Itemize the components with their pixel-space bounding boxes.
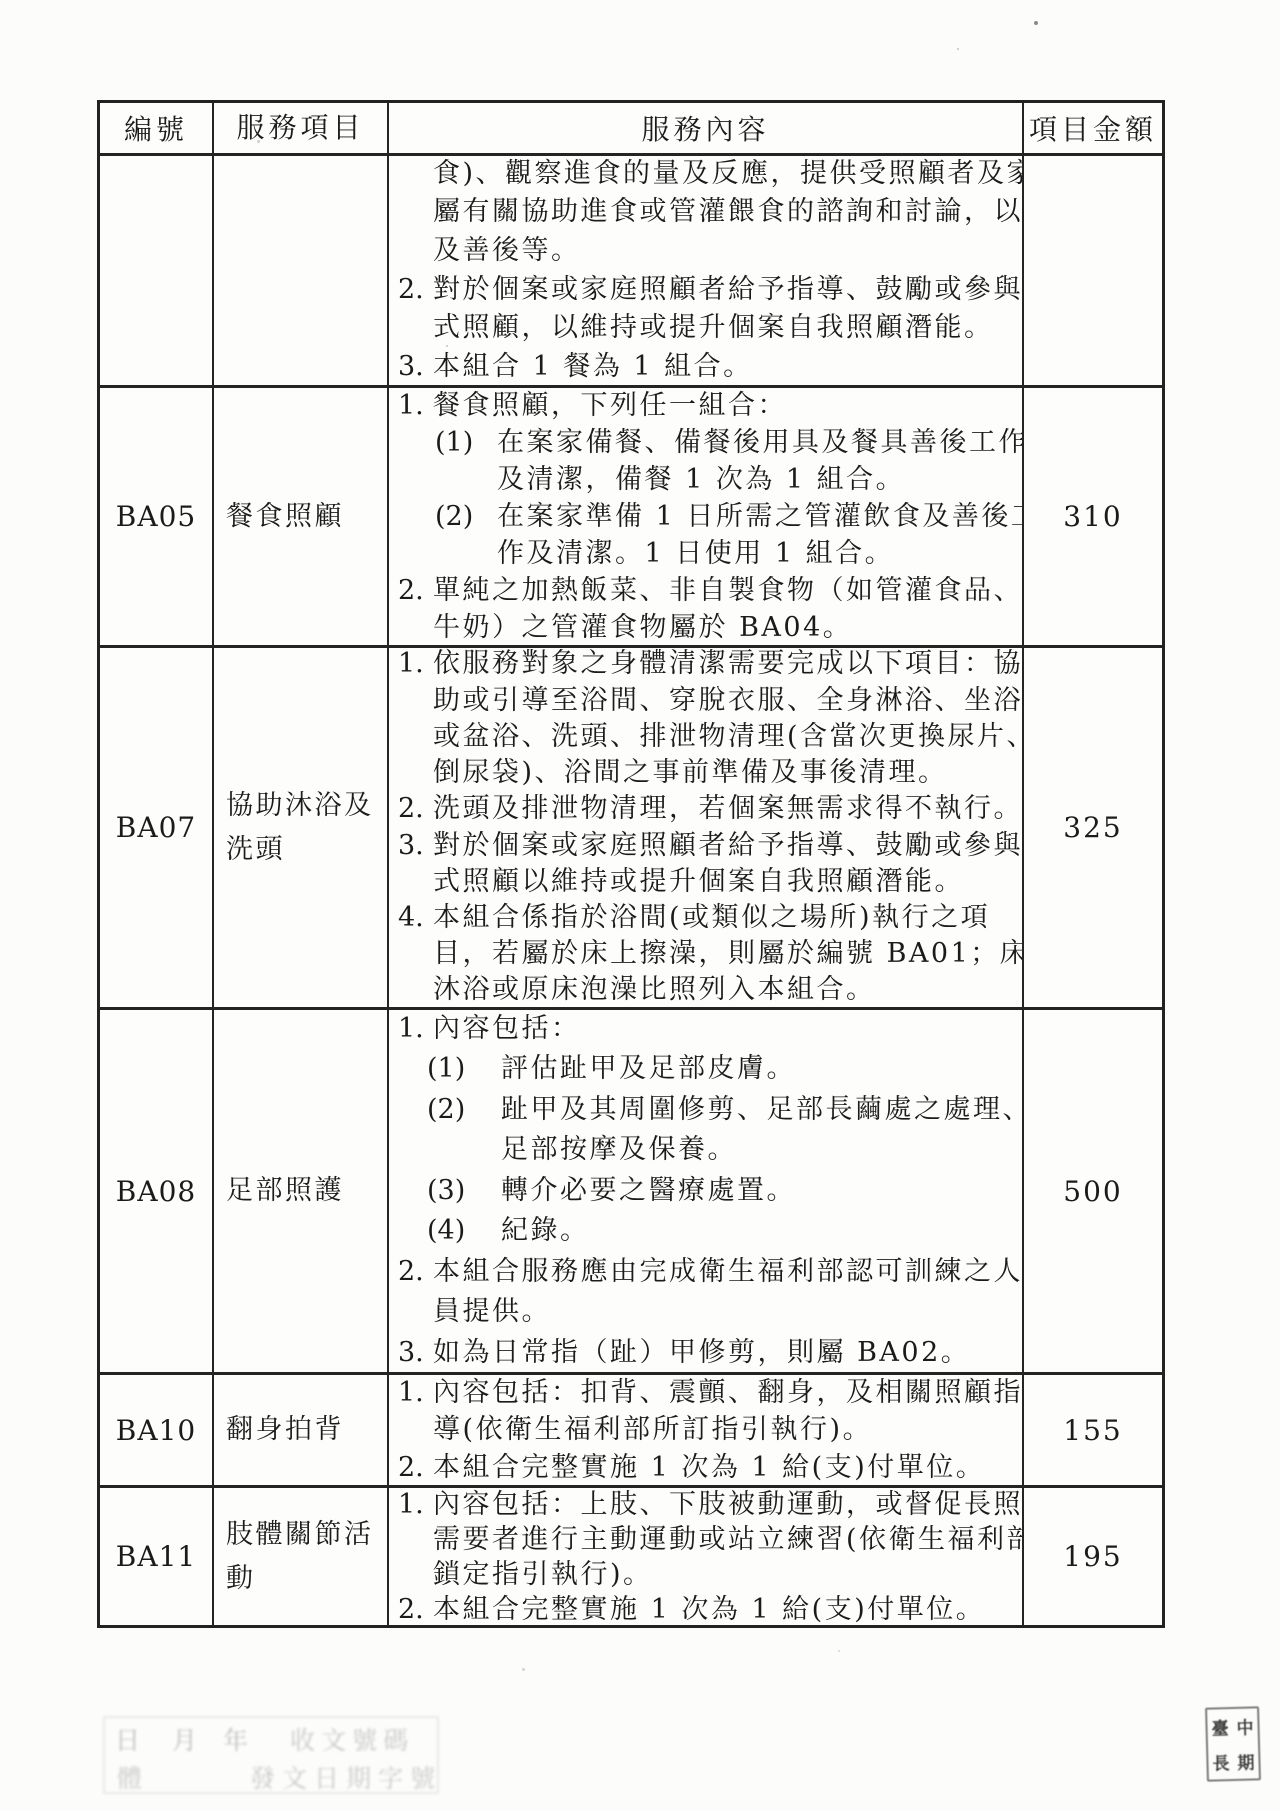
scanned-document-page: 編號 服務項目 服務內容 項目金額 食)、觀察進食的量及反應，提供受照顧者及家屬… [0, 0, 1280, 1810]
item-amount: 155 [1022, 1375, 1162, 1485]
line-text: 式照顧以維持或提升個案自我照顧潛能。 [433, 864, 964, 900]
content-line: (1)評估趾甲及足部皮膚。 [389, 1049, 1022, 1090]
line-marker: 2. [398, 1252, 433, 1293]
content-line: 1.內容包括：上肢、下肢被動運動，或督促長照 [389, 1488, 1022, 1522]
line-marker: 1. [398, 1488, 433, 1522]
line-marker: (2) [435, 498, 497, 535]
line-marker: 3. [398, 1333, 433, 1372]
item-amount: 310 [1022, 388, 1162, 645]
content-line: 屬有關協助進食或管灌餵食的諮詢和討論，以 [389, 193, 1022, 232]
content-line: (4)紀錄。 [389, 1211, 1022, 1252]
side-stamp: 臺 中 長 期 [1205, 1706, 1261, 1781]
item-amount: 500 [1022, 1010, 1162, 1372]
service-item: 協助沐浴及洗頭 [212, 648, 387, 1007]
line-text: 需要者進行主動運動或站立練習(依衛生福利部 [433, 1522, 1022, 1557]
line-text: 評估趾甲及足部皮膚。 [501, 1049, 796, 1090]
service-item-line: 洗頭 [226, 828, 387, 872]
service-item: 肢體關節活動 [212, 1488, 387, 1625]
line-text: 趾甲及其周圍修剪、足部長繭處之處理、 [501, 1090, 1022, 1131]
receipt-stamp-row1: 日 月 年 收 文 號 碼 [105, 1718, 437, 1757]
line-marker: 2. [398, 1449, 433, 1485]
line-text: 轉介必要之醫療處置。 [501, 1171, 796, 1212]
line-marker: 4. [398, 900, 433, 936]
service-code: BA08 [100, 1010, 212, 1372]
content-line: (1)在案家備餐、備餐後用具及餐具善後工作 [389, 424, 1022, 461]
content-line: (3)轉介必要之醫療處置。 [389, 1171, 1022, 1212]
line-text: 作及清潔。1 日使用 1 組合。 [497, 535, 894, 572]
line-marker: 1. [398, 1375, 433, 1411]
item-amount: 325 [1022, 648, 1162, 1007]
content-line: 式照顧，以維持或提升個案自我照顧潛能。 [389, 309, 1022, 348]
content-line: 鎖定指引執行)。 [389, 1557, 1022, 1592]
line-text: 對於個案或家庭照顧者給予指導、鼓勵或參與 [433, 271, 1022, 310]
content-line: 沐浴或原床泡澡比照列入本組合。 [389, 972, 1022, 1007]
line-marker: (1) [427, 1049, 501, 1090]
line-marker: 1. [398, 1010, 433, 1049]
content-line: 需要者進行主動運動或站立練習(依衛生福利部 [389, 1522, 1022, 1557]
header-item: 服務項目 [212, 103, 387, 153]
content-line: 3.如為日常指（趾）甲修剪，則屬 BA02。 [389, 1333, 1022, 1372]
line-text: 員提供。 [433, 1292, 551, 1333]
scan-speck [522, 1668, 525, 1671]
content-line: 倒尿袋)、浴間之事前準備及事後清理。 [389, 755, 1022, 791]
content-line: 2.本組合完整實施 1 次為 1 給(支)付單位。 [389, 1592, 1022, 1626]
line-text: 餐食照顧，下列任一組合： [433, 388, 787, 424]
line-text: 食)、觀察進食的量及反應，提供受照顧者及家 [433, 156, 1022, 193]
content-line: 2.本組合完整實施 1 次為 1 給(支)付單位。 [389, 1449, 1022, 1485]
service-content: 1.內容包括：(1)評估趾甲及足部皮膚。(2)趾甲及其周圍修剪、足部長繭處之處理… [387, 1010, 1022, 1372]
table-body: 食)、觀察進食的量及反應，提供受照顧者及家屬有關協助進食或管灌餵食的諮詢和討論，… [100, 153, 1162, 1625]
table-row: BA05餐食照顧1.餐食照顧，下列任一組合：(1)在案家備餐、備餐後用具及餐具善… [100, 385, 1162, 645]
item-amount: 195 [1022, 1488, 1162, 1625]
line-text: 在案家準備 1 日所需之管灌飲食及善後工 [497, 498, 1022, 535]
line-text: 內容包括：上肢、下肢被動運動，或督促長照 [433, 1488, 1022, 1522]
service-code: BA05 [100, 388, 212, 645]
scan-speck [1034, 21, 1038, 25]
line-text: 及清潔，備餐 1 次為 1 組合。 [497, 461, 905, 498]
content-line: 4.本組合係指於浴間(或類似之場所)執行之項 [389, 900, 1022, 936]
header-content: 服務內容 [387, 103, 1022, 153]
header-amount: 項目金額 [1022, 103, 1162, 153]
service-code: BA07 [100, 648, 212, 1007]
service-item-line: 動 [226, 1557, 387, 1601]
line-text: 對於個案或家庭照顧者給予指導、鼓勵或參與 [433, 828, 1022, 864]
line-marker: 2. [398, 271, 433, 310]
service-item: 足部照護 [212, 1010, 387, 1372]
content-line: 食)、觀察進食的量及反應，提供受照顧者及家 [389, 156, 1022, 193]
scan-speck [257, 140, 260, 143]
line-marker: (1) [435, 424, 497, 461]
line-text: 式照顧，以維持或提升個案自我照顧潛能。 [433, 309, 994, 348]
service-item [212, 156, 387, 385]
line-text: 內容包括：扣背、震顫、翻身，及相關照顧指 [433, 1375, 1022, 1411]
line-text: 依服務對象之身體清潔需要完成以下項目：協 [433, 648, 1022, 683]
table-row: BA07協助沐浴及洗頭1.依服務對象之身體清潔需要完成以下項目：協助或引導至浴間… [100, 645, 1162, 1007]
content-line: 式照顧以維持或提升個案自我照顧潛能。 [389, 864, 1022, 900]
service-code [100, 156, 212, 385]
service-items-table: 編號 服務項目 服務內容 項目金額 食)、觀察進食的量及反應，提供受照顧者及家屬… [97, 100, 1165, 1628]
header-code: 編號 [100, 103, 212, 153]
line-marker: 2. [398, 791, 433, 827]
line-text: 屬有關協助進食或管灌餵食的諮詢和討論，以 [433, 193, 1022, 232]
scan-speck [446, 345, 448, 347]
table-row: 食)、觀察進食的量及反應，提供受照顧者及家屬有關協助進食或管灌餵食的諮詢和討論，… [100, 153, 1162, 385]
line-marker: 1. [398, 648, 433, 683]
content-line: 目，若屬於床上擦澡，則屬於編號 BA01；床上 [389, 936, 1022, 972]
line-text: 單純之加熱飯菜、非自製食物（如管灌食品、 [433, 572, 1022, 609]
service-item-line: 足部照護 [226, 1169, 387, 1213]
line-marker: 2. [398, 572, 433, 609]
line-marker: (4) [427, 1211, 501, 1252]
service-item-line: 翻身拍背 [226, 1408, 387, 1452]
service-item-line: 餐食照顧 [226, 495, 387, 539]
item-amount [1022, 156, 1162, 385]
service-content: 1.依服務對象之身體清潔需要完成以下項目：協助或引導至浴間、穿脫衣服、全身淋浴、… [387, 648, 1022, 1007]
content-line: 助或引導至浴間、穿脫衣服、全身淋浴、坐浴 [389, 683, 1022, 719]
line-text: 足部按摩及保養。 [501, 1130, 737, 1171]
content-line: 及清潔，備餐 1 次為 1 組合。 [389, 461, 1022, 498]
line-text: 及善後等。 [433, 232, 581, 271]
table-row: BA08足部照護1.內容包括：(1)評估趾甲及足部皮膚。(2)趾甲及其周圍修剪、… [100, 1007, 1162, 1372]
line-marker: 3. [398, 828, 433, 864]
line-marker: 2. [398, 1592, 433, 1626]
service-content: 食)、觀察進食的量及反應，提供受照顧者及家屬有關協助進食或管灌餵食的諮詢和討論，… [387, 156, 1022, 385]
content-line: 作及清潔。1 日使用 1 組合。 [389, 535, 1022, 572]
service-item: 餐食照顧 [212, 388, 387, 645]
line-text: 本組合完整實施 1 次為 1 給(支)付單位。 [433, 1449, 985, 1485]
content-line: 1.內容包括：扣背、震顫、翻身，及相關照顧指 [389, 1375, 1022, 1411]
line-text: 紀錄。 [501, 1211, 590, 1252]
line-text: 如為日常指（趾）甲修剪，則屬 BA02。 [433, 1333, 970, 1372]
scan-speck [838, 1650, 840, 1652]
line-text: 倒尿袋)、浴間之事前準備及事後清理。 [433, 755, 948, 791]
line-marker: (2) [427, 1090, 501, 1131]
line-text: 本組合服務應由完成衛生福利部認可訓練之人 [433, 1252, 1022, 1293]
line-text: 本組合 1 餐為 1 組合。 [433, 348, 753, 385]
line-text: 本組合完整實施 1 次為 1 給(支)付單位。 [433, 1592, 985, 1626]
content-line: 牛奶）之管灌食物屬於 BA04。 [389, 609, 1022, 645]
content-line: 1.餐食照顧，下列任一組合： [389, 388, 1022, 424]
service-code: BA11 [100, 1488, 212, 1625]
table-header-row: 編號 服務項目 服務內容 項目金額 [100, 103, 1162, 153]
line-text: 目，若屬於床上擦澡，則屬於編號 BA01；床上 [433, 936, 1022, 972]
service-code: BA10 [100, 1375, 212, 1485]
content-line: 或盆浴、洗頭、排泄物清理(含當次更換尿片、 [389, 719, 1022, 755]
content-line: 2.洗頭及排泄物清理，若個案無需求得不執行。 [389, 791, 1022, 827]
line-text: 本組合係指於浴間(或類似之場所)執行之項 [433, 900, 990, 936]
content-line: 3.對於個案或家庭照顧者給予指導、鼓勵或參與 [389, 828, 1022, 864]
line-text: 牛奶）之管灌食物屬於 BA04。 [433, 609, 852, 645]
line-text: 在案家備餐、備餐後用具及餐具善後工作 [497, 424, 1022, 461]
content-line: (2)趾甲及其周圍修剪、足部長繭處之處理、 [389, 1090, 1022, 1131]
content-line: 3.本組合 1 餐為 1 組合。 [389, 348, 1022, 385]
line-text: 或盆浴、洗頭、排泄物清理(含當次更換尿片、 [433, 719, 1022, 755]
content-line: 1.依服務對象之身體清潔需要完成以下項目：協 [389, 648, 1022, 683]
service-content: 1.內容包括：上肢、下肢被動運動，或督促長照需要者進行主動運動或站立練習(依衛生… [387, 1488, 1022, 1625]
line-text: 導(依衛生福利部所訂指引執行)。 [433, 1411, 872, 1449]
line-text: 內容包括： [433, 1010, 581, 1049]
content-line: 導(依衛生福利部所訂指引執行)。 [389, 1411, 1022, 1449]
table-row: BA10翻身拍背1.內容包括：扣背、震顫、翻身，及相關照顧指導(依衛生福利部所訂… [100, 1372, 1162, 1485]
line-text: 助或引導至浴間、穿脫衣服、全身淋浴、坐浴 [433, 683, 1022, 719]
table-row: BA11肢體關節活動1.內容包括：上肢、下肢被動運動，或督促長照需要者進行主動運… [100, 1485, 1162, 1625]
service-content: 1.內容包括：扣背、震顫、翻身，及相關照顧指導(依衛生福利部所訂指引執行)。2.… [387, 1375, 1022, 1485]
scan-speck [957, 48, 959, 50]
content-line: 足部按摩及保養。 [389, 1130, 1022, 1171]
line-text: 沐浴或原床泡澡比照列入本組合。 [433, 972, 876, 1007]
receipt-stamp: 日 月 年 收 文 號 碼 體 發 文 日 期 字 號 [103, 1716, 439, 1794]
content-line: (2)在案家準備 1 日所需之管灌飲食及善後工 [389, 498, 1022, 535]
line-text: 洗頭及排泄物清理，若個案無需求得不執行。 [433, 791, 1022, 827]
content-line: 及善後等。 [389, 232, 1022, 271]
line-marker: 1. [398, 388, 433, 424]
content-line: 員提供。 [389, 1292, 1022, 1333]
receipt-stamp-row2: 體 發 文 日 期 字 號 [105, 1757, 437, 1794]
content-line: 2.本組合服務應由完成衛生福利部認可訓練之人 [389, 1252, 1022, 1293]
content-line: 2.對於個案或家庭照顧者給予指導、鼓勵或參與 [389, 271, 1022, 310]
line-text: 鎖定指引執行)。 [433, 1557, 653, 1592]
content-line: 1.內容包括： [389, 1010, 1022, 1049]
service-item-line: 肢體關節活 [226, 1513, 387, 1557]
service-content: 1.餐食照顧，下列任一組合：(1)在案家備餐、備餐後用具及餐具善後工作及清潔，備… [387, 388, 1022, 645]
line-marker: (3) [427, 1171, 501, 1212]
service-item: 翻身拍背 [212, 1375, 387, 1485]
line-marker: 3. [398, 348, 433, 385]
service-item-line: 協助沐浴及 [226, 784, 387, 828]
content-line: 2.單純之加熱飯菜、非自製食物（如管灌食品、 [389, 572, 1022, 609]
